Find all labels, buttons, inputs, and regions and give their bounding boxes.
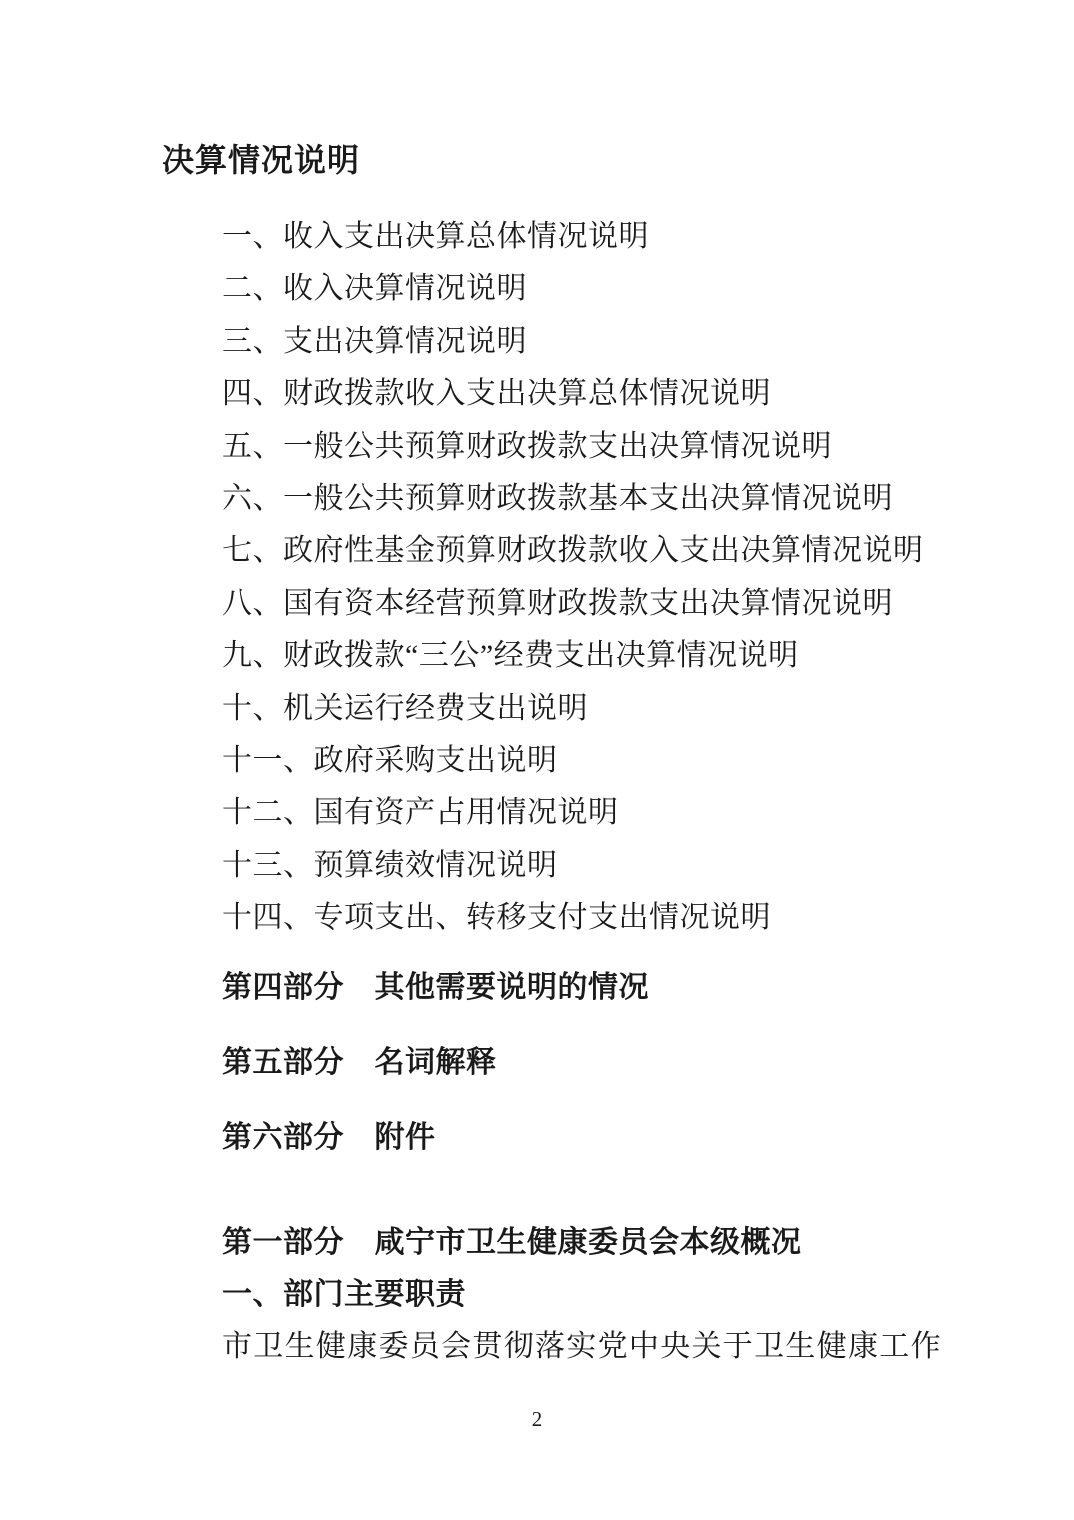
toc-item: 十三、预算绩效情况说明 (222, 840, 924, 892)
toc-list: 一、收入支出决算总体情况说明 二、收入决算情况说明 三、支出决算情况说明 四、财… (222, 211, 924, 945)
toc-item: 五、一般公共预算财政拨款支出决算情况说明 (222, 421, 924, 473)
duty-subsection-heading: 一、部门主要职责 (222, 1269, 942, 1321)
toc-item: 八、国有资本经营预算财政拨款支出决算情况说明 (222, 578, 924, 630)
document-page: 决算情况说明 一、收入支出决算总体情况说明 二、收入决算情况说明 三、支出决算情… (0, 0, 1074, 1520)
toc-item: 三、支出决算情况说明 (222, 316, 924, 368)
part-heading-four: 第四部分 其他需要说明的情况 (222, 962, 649, 1014)
part-heading-six: 第六部分 附件 (222, 1112, 649, 1164)
page-number: 2 (0, 1406, 1074, 1432)
toc-item: 七、政府性基金预算财政拨款收入支出决算情况说明 (222, 525, 924, 577)
part-headings-group: 第四部分 其他需要说明的情况 第五部分 名词解释 第六部分 附件 (222, 962, 649, 1187)
toc-item: 二、收入决算情况说明 (222, 263, 924, 315)
toc-item: 九、财政拨款“三公”经费支出决算情况说明 (222, 630, 924, 682)
toc-item: 十四、专项支出、转移支付支出情况说明 (222, 892, 924, 944)
toc-item: 四、财政拨款收入支出决算总体情况说明 (222, 368, 924, 420)
toc-item: 六、一般公共预算财政拨款基本支出决算情况说明 (222, 473, 924, 525)
page-title: 决算情况说明 (162, 142, 360, 178)
part-one-section: 第一部分 咸宁市卫生健康委员会本级概况 一、部门主要职责 市卫生健康委员会贯彻落… (222, 1217, 942, 1373)
toc-item: 十一、政府采购支出说明 (222, 735, 924, 787)
body-paragraph-line: 市卫生健康委员会贯彻落实党中央关于卫生健康工作 (222, 1321, 942, 1373)
part-heading-five: 第五部分 名词解释 (222, 1037, 649, 1089)
toc-item: 十、机关运行经费支出说明 (222, 683, 924, 735)
toc-item: 一、收入支出决算总体情况说明 (222, 211, 924, 263)
toc-item: 十二、国有资产占用情况说明 (222, 787, 924, 839)
part-one-heading: 第一部分 咸宁市卫生健康委员会本级概况 (222, 1217, 942, 1269)
